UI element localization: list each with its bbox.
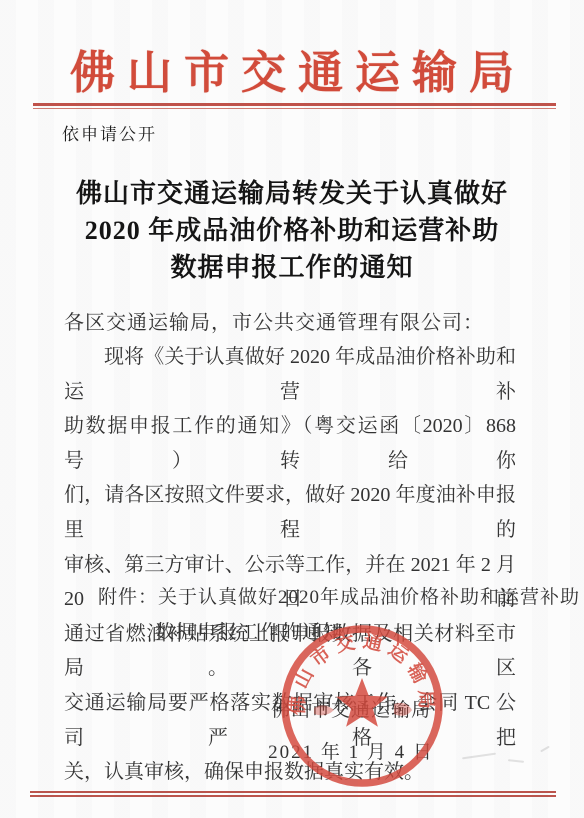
- letterhead-divider: [33, 103, 556, 109]
- attachment-title-part1: 关于认真做好2020年成品油价格补助和运营补助: [158, 587, 580, 608]
- attachment-label: 附件：: [98, 587, 158, 608]
- document-title: 佛山市交通运输局转发关于认真做好 2020 年成品油价格补助和运营补助 数据申报…: [0, 175, 584, 286]
- footer-divider: [30, 791, 556, 797]
- seal-ink-smudge: [394, 703, 412, 716]
- body-line: 们，请各区按照文件要求，做好 2020 年度油补申报里程的: [64, 478, 516, 547]
- document-page: 佛山市交通运输局 依申请公开 佛山市交通运输局转发关于认真做好 2020 年成品…: [0, 0, 584, 818]
- body-line: 助数据申报工作的通知》（粤交运函〔2020〕868 号）转给你: [64, 409, 516, 478]
- document-title-line: 佛山市交通运输局转发关于认真做好: [0, 175, 584, 212]
- scan-smudge: [540, 746, 550, 753]
- document-title-line: 数据申报工作的通知: [0, 249, 584, 286]
- seal-ink-smudge: [314, 705, 334, 715]
- attachment-line: 附件：关于认真做好2020年成品油价格补助和运营补助: [98, 582, 580, 609]
- official-seal: 佛山市交通运输局: [276, 620, 448, 792]
- star-icon: [336, 678, 387, 727]
- document-title-line: 2020 年成品油价格补助和运营补助: [0, 212, 584, 249]
- salutation: 各区交通运输局，市公共交通管理有限公司：: [64, 306, 516, 335]
- letterhead-title: 佛山市交通运输局: [0, 36, 584, 101]
- disclosure-label: 依申请公开: [62, 120, 157, 145]
- body-line: 现将《关于认真做好 2020 年成品油价格补助和运营补: [64, 340, 516, 409]
